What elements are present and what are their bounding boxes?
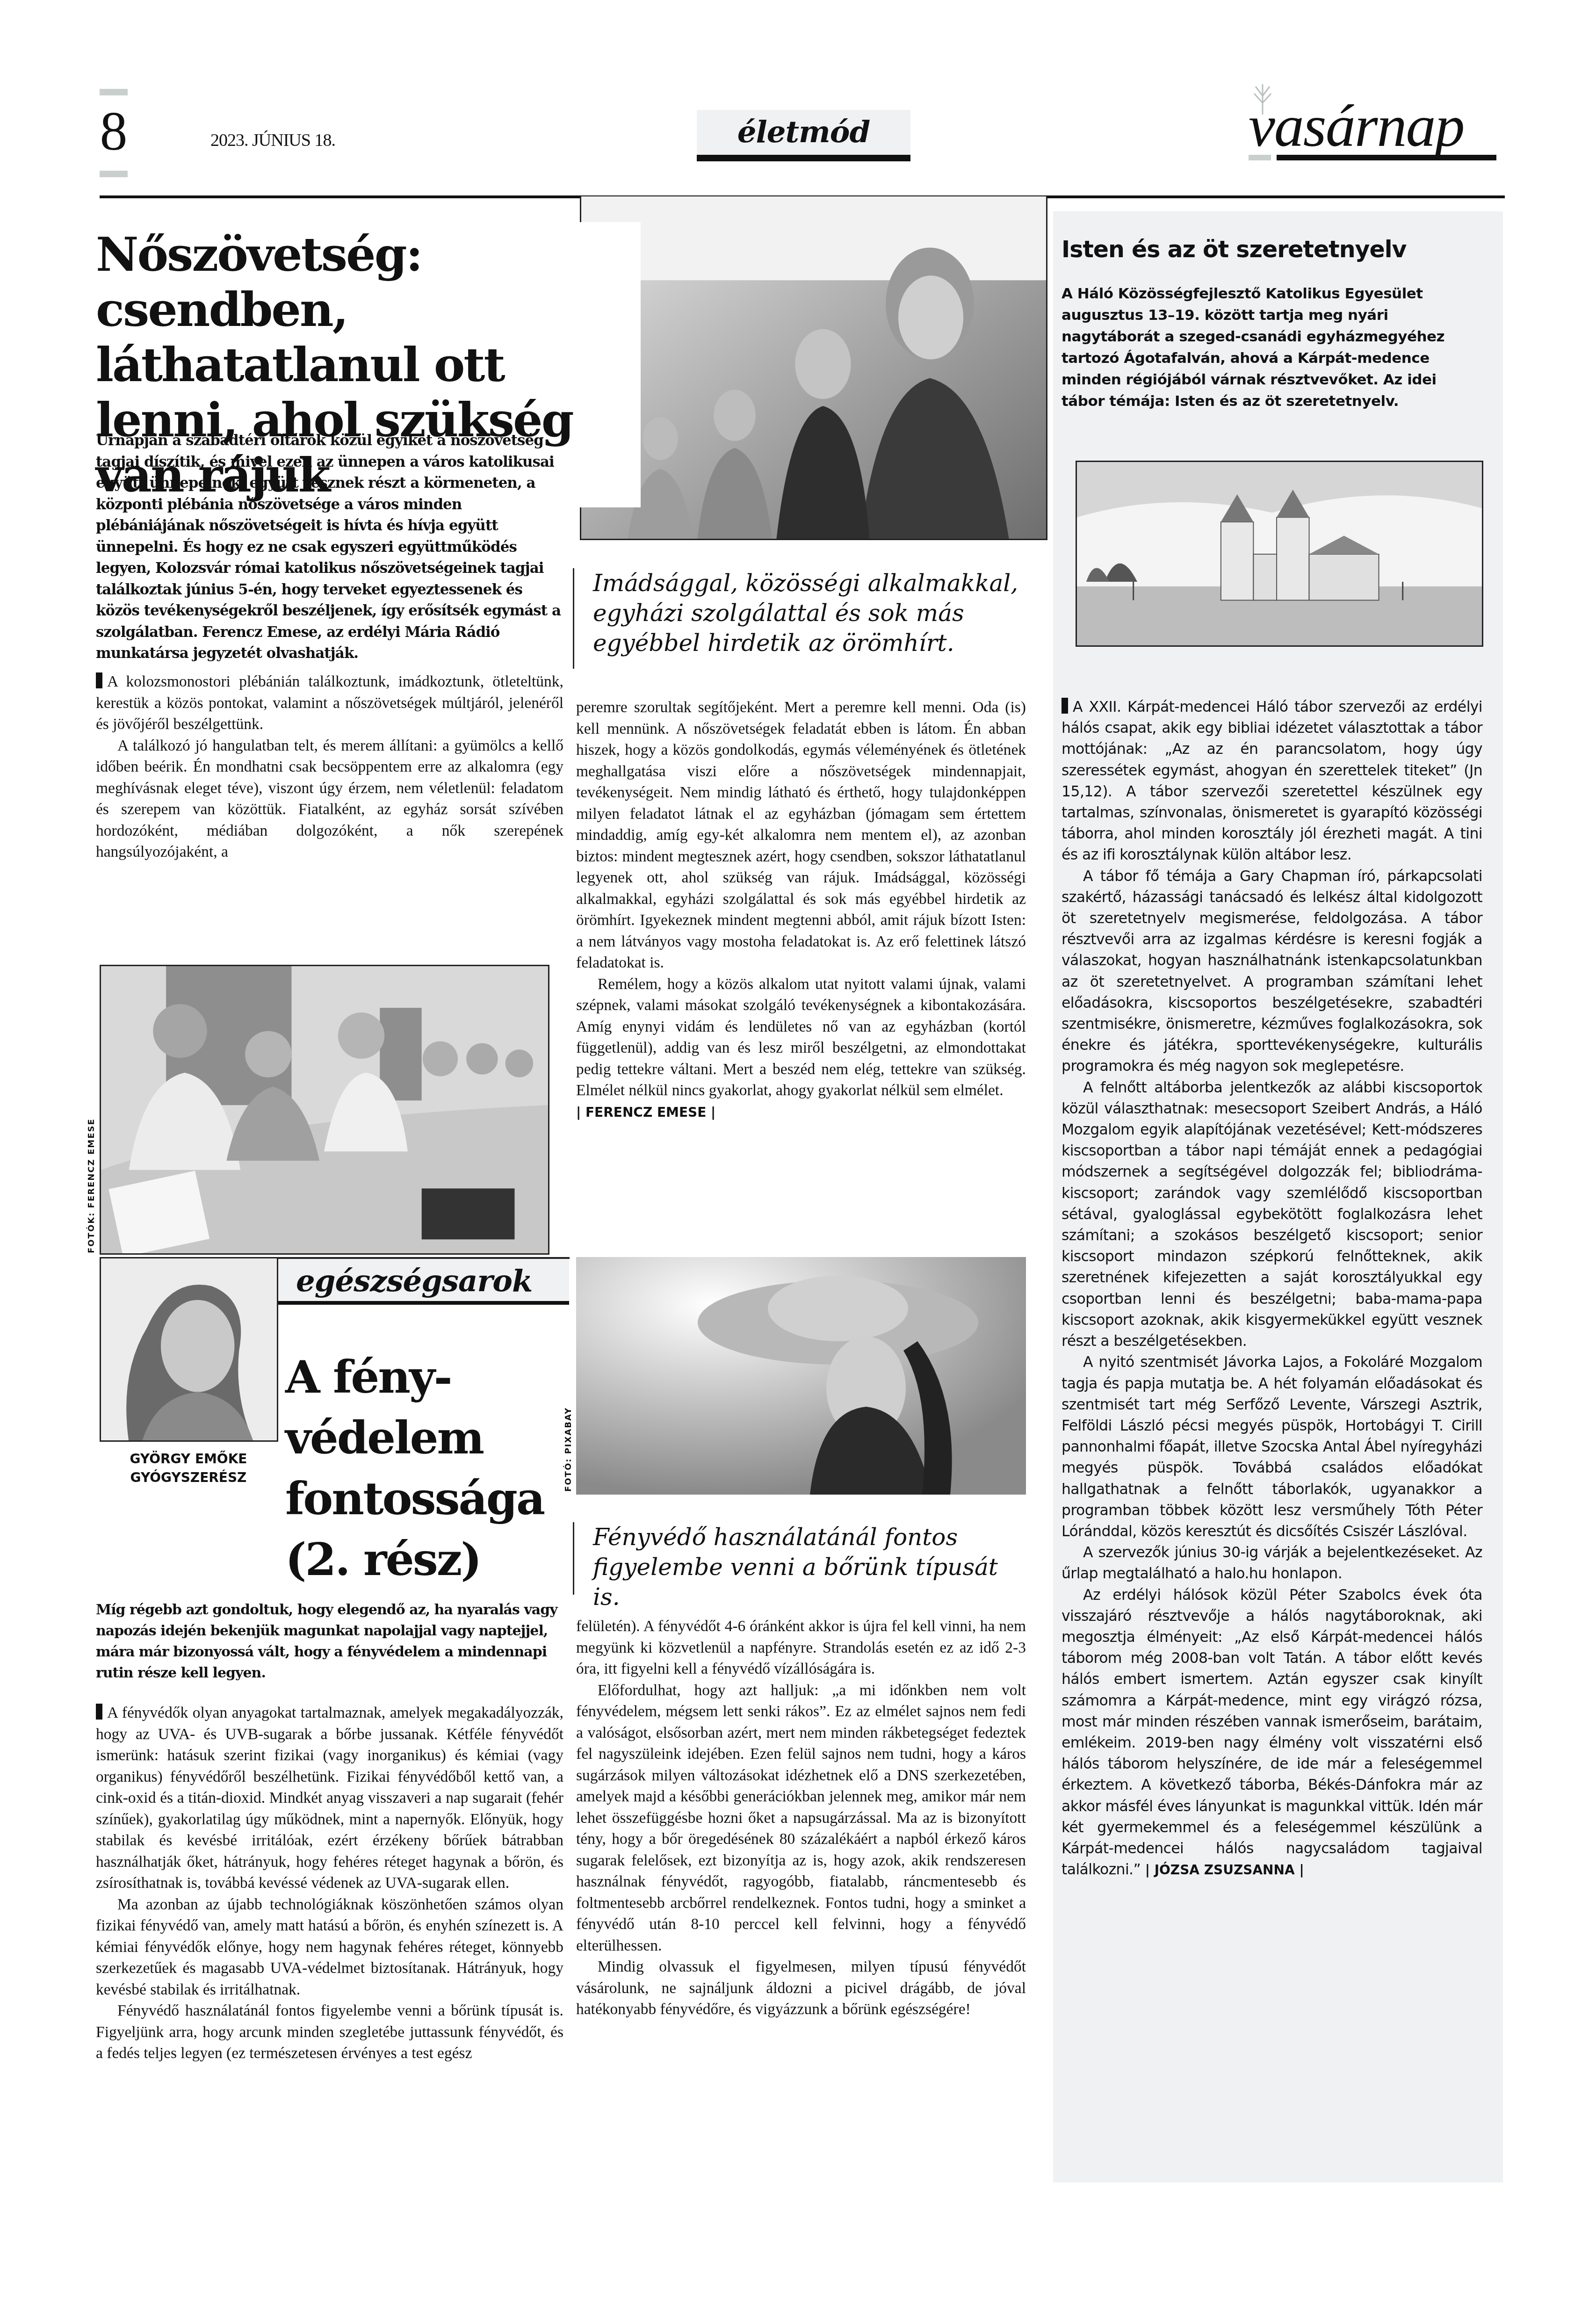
sidebar-body: A XXII. Kárpát-medencei Háló tábor szerv… [1062,697,1482,1880]
health-paragraph: Mindig olvassuk el figyelmesen, milyen t… [576,1958,1026,2018]
author-portrait-photo [100,1257,278,1442]
page-number: 8 [100,104,128,159]
health-photo-woman-hat [576,1257,1026,1495]
article-paragraph: Remélem, hogy a közös alkalom utat nyito… [576,976,1026,1099]
author-name: GYÖRGY EMŐKE [100,1450,277,1468]
health-col2: felületén). A fényvédőt 4-6 óránként akk… [576,1616,1026,2020]
health-section-label: egészségsarok [296,1264,532,1299]
article-pullquote: Imádsággal, közösségi alkalmakkal, egyhá… [573,568,1040,669]
health-pullquote: Fényvédő használatánál fontos figyelembe… [573,1522,1022,1595]
article-paragraph: A találkozó jó hangulatban telt, és mere… [96,737,563,861]
sidebar-paragraph: Az erdélyi hálósok közül Péter Szabolcs … [1062,1587,1482,1879]
brand-logo: vasárnap [1249,96,1496,161]
page-number-rule-bottom [100,171,128,177]
photo-credit-group: FOTÓK: FERENCZ EMESE [87,1118,96,1253]
sidebar-paragraph: A tábor fő témája a Gary Chapman író, pá… [1062,868,1482,1075]
sidebar-paragraph: A XXII. Kárpát-medencei Háló tábor szerv… [1062,699,1482,863]
health-paragraph: felületén). A fényvédőt 4-6 óránként akk… [576,1618,1026,1677]
article-photo-group-meeting [100,965,549,1255]
article-paragraph: peremre szorultak segítőjeként. Mert a p… [576,699,1026,971]
brand-rule [1277,155,1496,160]
health-title-line: A fény- [285,1347,566,1408]
issue-date: 2023. JÚNIUS 18. [210,130,335,151]
brand-name: vasárnap [1249,96,1464,156]
health-title-line: fontossága [285,1468,566,1529]
sidebar-paragraph: A felnőtt altáborba jelentkezők az alább… [1062,1079,1482,1350]
article-col1: A kolozsmonostori plébánián találkoztunk… [96,671,563,863]
section-tag: életmód [697,110,910,161]
health-section-tag: egészségsarok [278,1259,569,1305]
health-paragraph: Fényvédő használatánál fontos figyelembe… [96,2002,563,2062]
article-lead: Úrnapján a szabadtéri oltárok közül egyi… [96,430,563,665]
sidebar-author: JÓZSA ZSUZSANNA [1155,1862,1295,1878]
health-lead: Míg régebb azt gondoltuk, hogy elegendő … [96,1599,563,1684]
author-role: GYÓGYSZERÉSZ [100,1468,277,1487]
brand-rule-accent [1249,155,1271,160]
health-title-line: védelem [285,1408,566,1468]
article-col2: peremre szorultak segítőjeként. Mert a p… [576,697,1026,1123]
health-col1: A fényvédők olyan anyagokat tartalmaznak… [96,1702,563,2064]
paragraph-marker [96,672,102,688]
health-paragraph: A fényvédők olyan anyagokat tartalmaznak… [96,1704,563,1892]
sidebar-paragraph: A nyitó szentmisét Jávorka Lajos, a Foko… [1062,1354,1482,1540]
health-title-line: (2. rész) [285,1529,566,1590]
article-paragraph: A kolozsmonostori plébánián találkoztunk… [96,673,563,733]
article-photo-women-smiling [580,196,1047,540]
sidebar-title: Isten és az öt szeretetnyelv [1062,236,1406,263]
page-number-rule-top [100,89,128,95]
author-byline: GYÖRGY EMŐKE GYÓGYSZERÉSZ [100,1450,277,1487]
paragraph-marker [96,1704,102,1720]
article-author: FERENCZ EMESE [585,1105,706,1120]
photo-credit-pixabay: FOTÓ: PIXABAY [563,1407,573,1492]
health-paragraph: Ma azonban az újabb technológiáknak kösz… [96,1896,563,1998]
health-title: A fény- védelem fontossága (2. rész) [285,1347,566,1590]
sidebar-paragraph: A szervezők június 30-ig várják a bejele… [1062,1544,1482,1582]
section-label: életmód [737,115,870,150]
paragraph-marker [1062,698,1068,714]
sidebar-photo-church [1076,461,1483,647]
health-paragraph: Előfordulhat, hogy azt halljuk: „a mi id… [576,1682,1026,1954]
sidebar-lead: A Háló Közösségfejlesztő Katolikus Egyes… [1062,283,1473,412]
